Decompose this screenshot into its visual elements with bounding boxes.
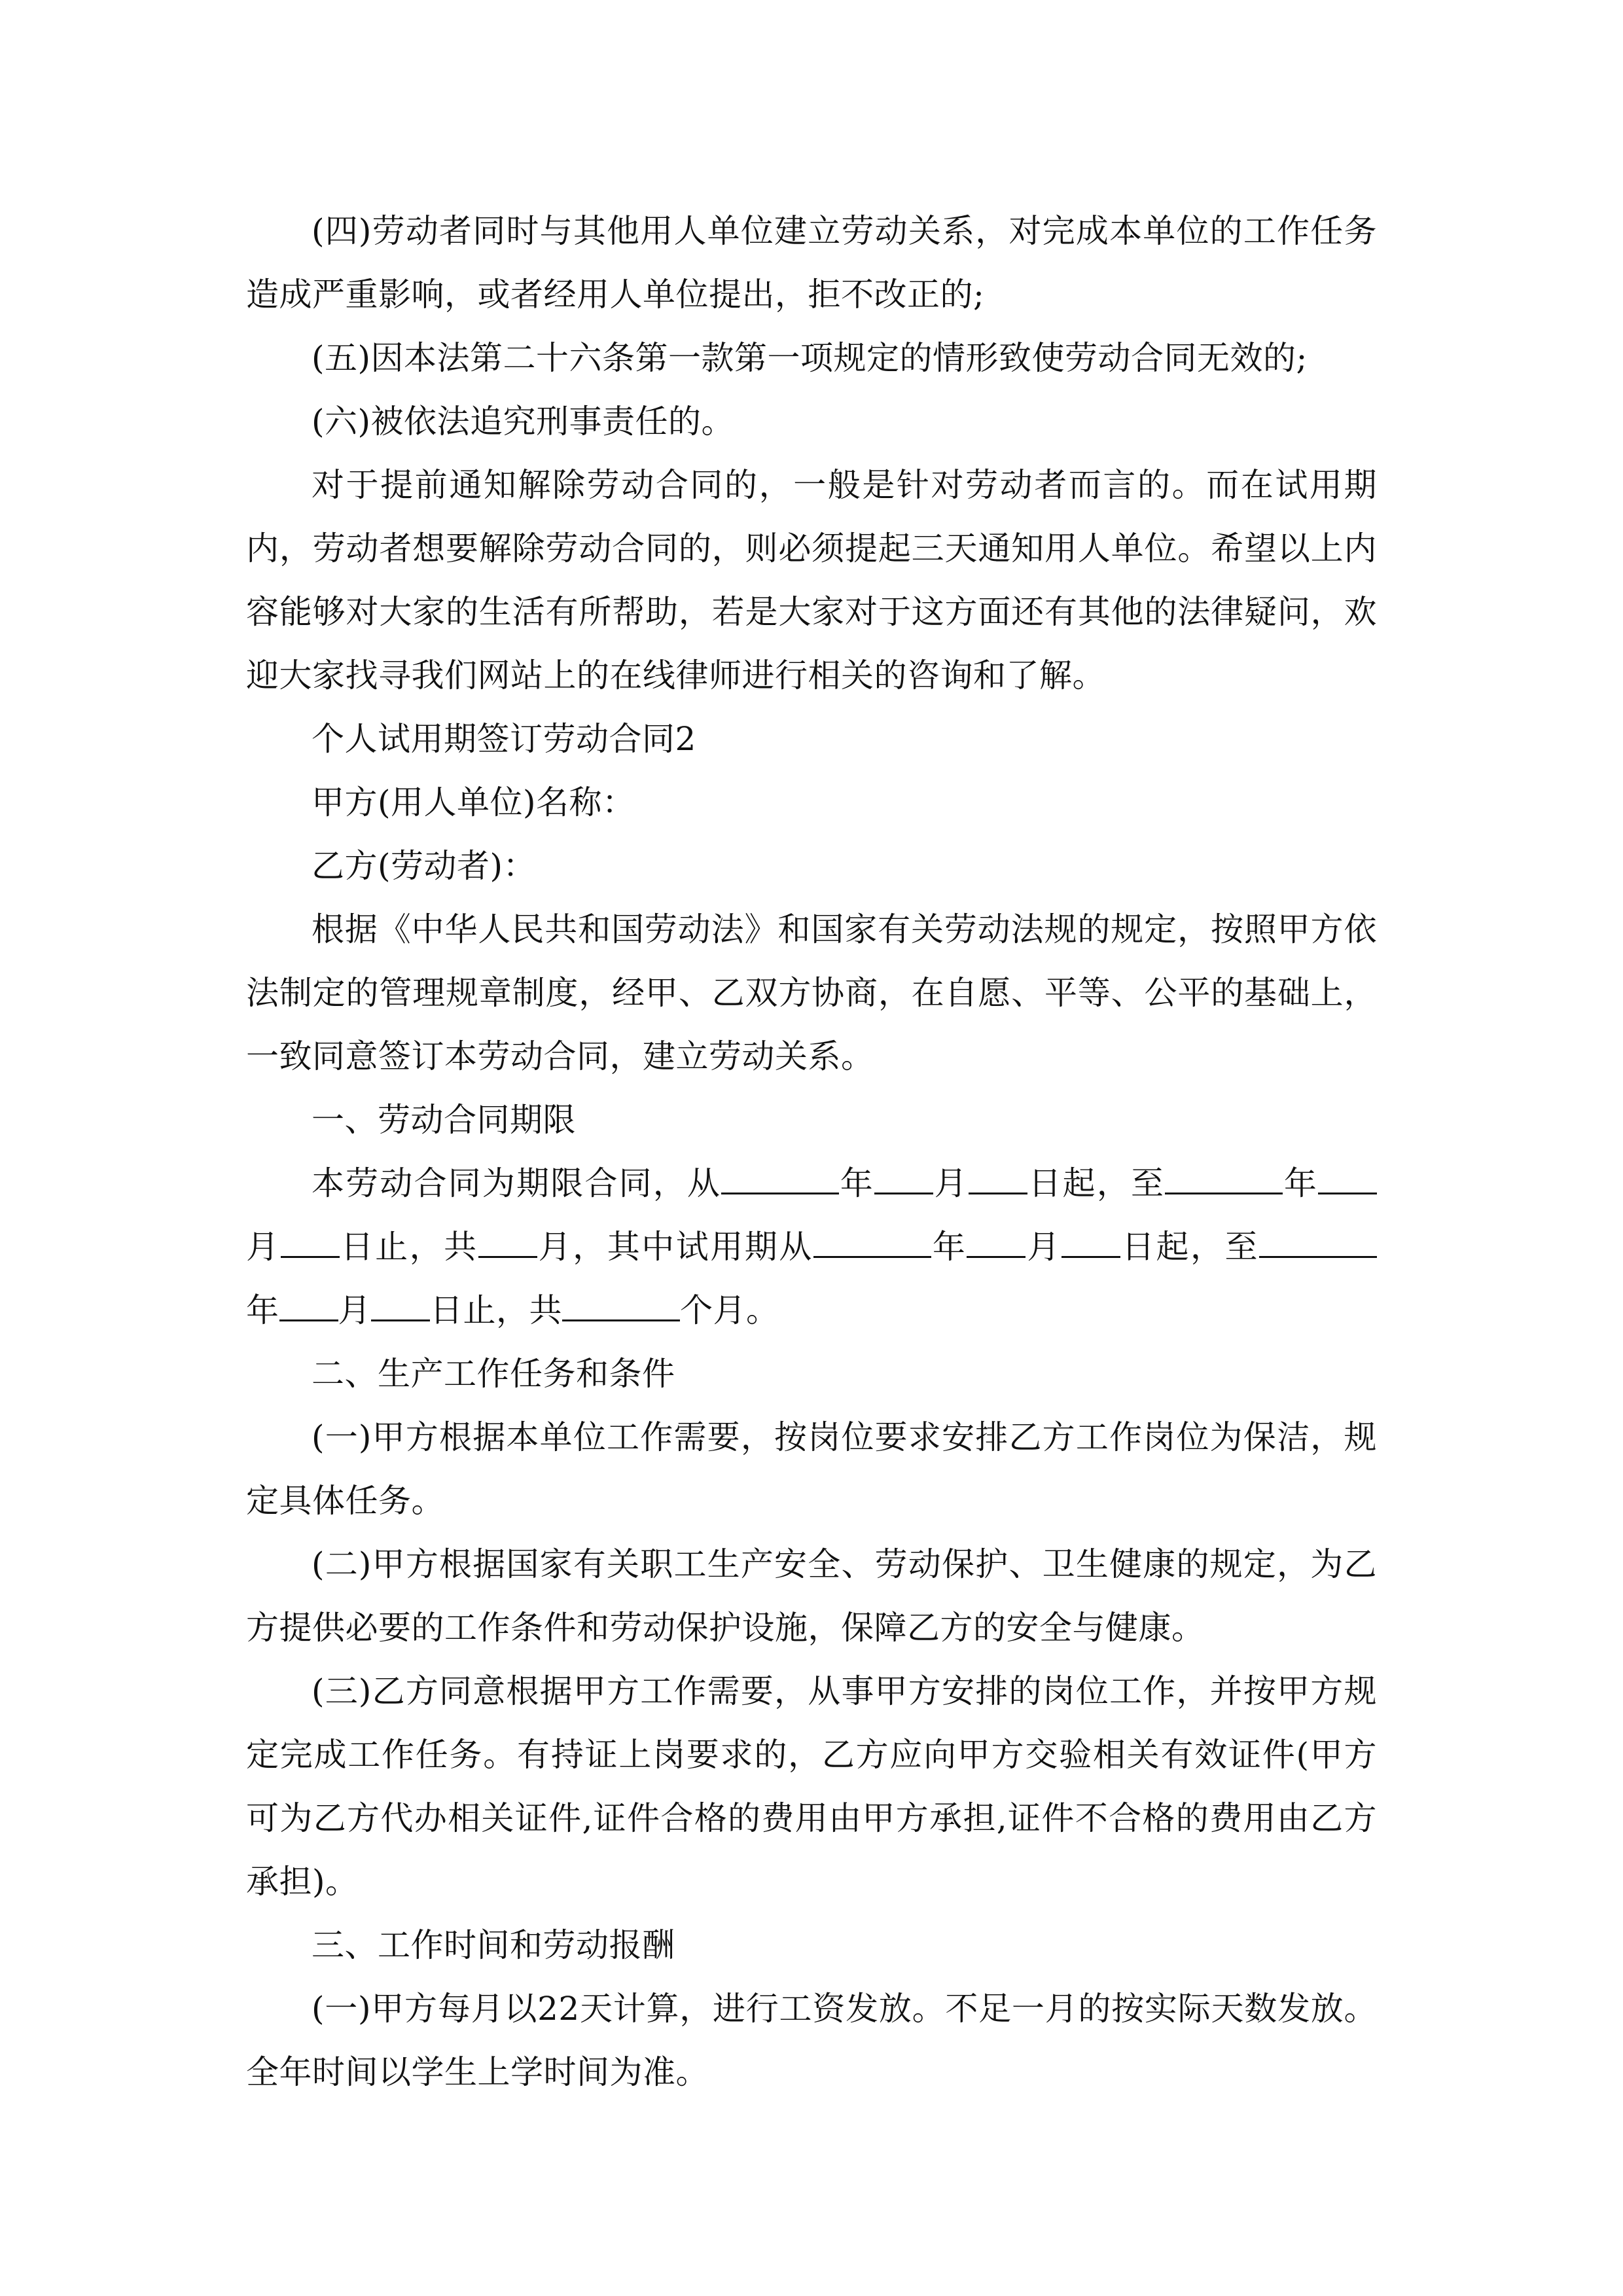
document-page: (四)劳动者同时与其他用人单位建立劳动关系，对完成本单位的工作任务造成严重影响，… (246, 200, 1377, 2104)
clause-item-6: (六)被依法追究刑事责任的。 (246, 390, 1377, 454)
end-day-blank[interactable] (281, 1222, 340, 1258)
preamble-paragraph: 根据《中华人民共和国劳动法》和国家有关劳动法规的规定，按照甲方依法制定的管理规章… (246, 898, 1377, 1088)
day-start-label: 日起，至 (1027, 1164, 1165, 1202)
start-day-blank[interactable] (969, 1158, 1027, 1194)
section-3-heading: 三、工作时间和劳动报酬 (246, 1914, 1377, 1977)
contract-title: 个人试用期签订劳动合同2 (246, 708, 1377, 771)
clause-item-5: (五)因本法第二十六条第一款第一项规定的情形致使劳动合同无效的; (246, 327, 1377, 390)
day-start-label: 日起，至 (1120, 1228, 1259, 1266)
probation-end-month-blank[interactable] (279, 1285, 338, 1321)
month-label: 月 (338, 1291, 372, 1329)
probation-end-day-blank[interactable] (371, 1285, 430, 1321)
end-year-blank[interactable] (1165, 1158, 1283, 1194)
year-label: 年 (1283, 1164, 1318, 1202)
probation-end-year-blank[interactable] (1259, 1222, 1377, 1258)
probation-start-day-blank[interactable] (1061, 1222, 1120, 1258)
contract-term-clause: 本劳动合同为期限合同，从年月日起，至年月日止，共月，其中试用期从年月日起，至年月… (246, 1152, 1377, 1342)
day-end-label: 日止，共 (340, 1228, 478, 1266)
year-label: 年 (246, 1291, 279, 1329)
party-a-field: 甲方(用人单位)名称： (246, 771, 1377, 834)
section-1-heading: 一、劳动合同期限 (246, 1088, 1377, 1152)
total-months-blank[interactable] (478, 1222, 537, 1258)
month-label: 月 (1026, 1228, 1061, 1266)
day-end-label: 日止，共 (430, 1291, 562, 1329)
end-month-blank[interactable] (1318, 1158, 1377, 1194)
month-label: 月 (246, 1228, 281, 1266)
year-label: 年 (839, 1164, 874, 1202)
start-year-blank[interactable] (721, 1158, 839, 1194)
months-total-label: 个月。 (680, 1291, 779, 1329)
probation-months-blank[interactable] (562, 1285, 680, 1321)
probation-start-month-blank[interactable] (967, 1222, 1026, 1258)
clause-item-4: (四)劳动者同时与其他用人单位建立劳动关系，对完成本单位的工作任务造成严重影响，… (246, 200, 1377, 327)
section-2-item-2: (二)甲方根据国家有关职工生产安全、劳动保护、卫生健康的规定，为乙方提供必要的工… (246, 1533, 1377, 1660)
start-month-blank[interactable] (874, 1158, 933, 1194)
section-2-item-1: (一)甲方根据本单位工作需要，按岗位要求安排乙方工作岗位为保洁，规定具体任务。 (246, 1406, 1377, 1533)
section-3-item-1: (一)甲方每月以22天计算，进行工资发放。不足一月的按实际天数发放。全年时间以学… (246, 1977, 1377, 2104)
year-label: 年 (931, 1228, 967, 1266)
month-label: 月 (933, 1164, 969, 1202)
party-b-field: 乙方(劳动者)： (246, 834, 1377, 898)
notice-paragraph: 对于提前通知解除劳动合同的，一般是针对劳动者而言的。而在试用期内，劳动者想要解除… (246, 454, 1377, 708)
term-text-start: 本劳动合同为期限合同，从 (312, 1164, 721, 1202)
probation-label: 月，其中试用期从 (537, 1228, 813, 1266)
section-2-heading: 二、生产工作任务和条件 (246, 1342, 1377, 1406)
section-2-item-3: (三)乙方同意根据甲方工作需要，从事甲方安排的岗位工作，并按甲方规定完成工作任务… (246, 1660, 1377, 1914)
probation-start-year-blank[interactable] (813, 1222, 931, 1258)
